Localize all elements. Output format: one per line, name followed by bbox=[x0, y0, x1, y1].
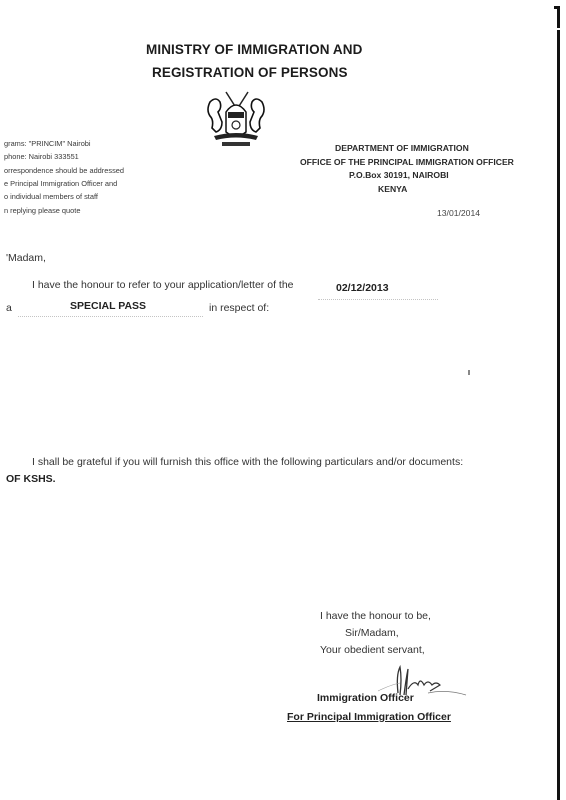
scan-speck bbox=[468, 370, 470, 375]
page-edge-mark bbox=[557, 6, 560, 28]
in-respect-of: in respect of: bbox=[209, 302, 269, 314]
pass-type: SPECIAL PASS bbox=[70, 300, 146, 312]
reply-quote-note: n replying please quote bbox=[4, 207, 80, 214]
officer-title: Immigration Officer bbox=[317, 692, 414, 704]
correspondence-note-3: o individual members of staff bbox=[4, 193, 98, 200]
reference-text: I have the honour to refer to your appli… bbox=[32, 279, 294, 291]
po-box: P.O.Box 30191, NAIROBI bbox=[349, 170, 449, 180]
letter-date: 13/01/2014 bbox=[437, 208, 480, 218]
kenya-coat-of-arms-icon bbox=[200, 88, 272, 150]
date-dotted-line bbox=[318, 299, 438, 300]
requested-item: OF KSHS. bbox=[6, 473, 56, 485]
page-edge-border bbox=[557, 30, 560, 800]
article-a: a bbox=[6, 302, 12, 314]
ministry-title-line2: REGISTRATION OF PERSONS bbox=[152, 65, 348, 80]
telegram-address: grams: "PRINCIM" Nairobi bbox=[4, 140, 91, 147]
ministry-title-line1: MINISTRY OF IMMIGRATION AND bbox=[146, 42, 362, 57]
request-text: I shall be grateful if you will furnish … bbox=[32, 456, 463, 468]
pass-dotted-line bbox=[18, 316, 203, 317]
correspondence-note-2: e Principal Immigration Officer and bbox=[4, 180, 117, 187]
correspondence-note-1: orrespondence should be addressed bbox=[4, 167, 124, 174]
closing-line-2: Sir/Madam, bbox=[345, 627, 399, 639]
application-date: 02/12/2013 bbox=[336, 282, 389, 294]
office-name: OFFICE OF THE PRINCIPAL IMMIGRATION OFFI… bbox=[300, 157, 514, 167]
for-principal-officer: For Principal Immigration Officer bbox=[287, 711, 451, 723]
telephone: phone: Nairobi 333551 bbox=[4, 153, 79, 160]
department-name: DEPARTMENT OF IMMIGRATION bbox=[335, 143, 469, 153]
country: KENYA bbox=[378, 184, 407, 194]
salutation: 'Madam, bbox=[6, 252, 46, 264]
closing-line-1: I have the honour to be, bbox=[320, 610, 431, 622]
